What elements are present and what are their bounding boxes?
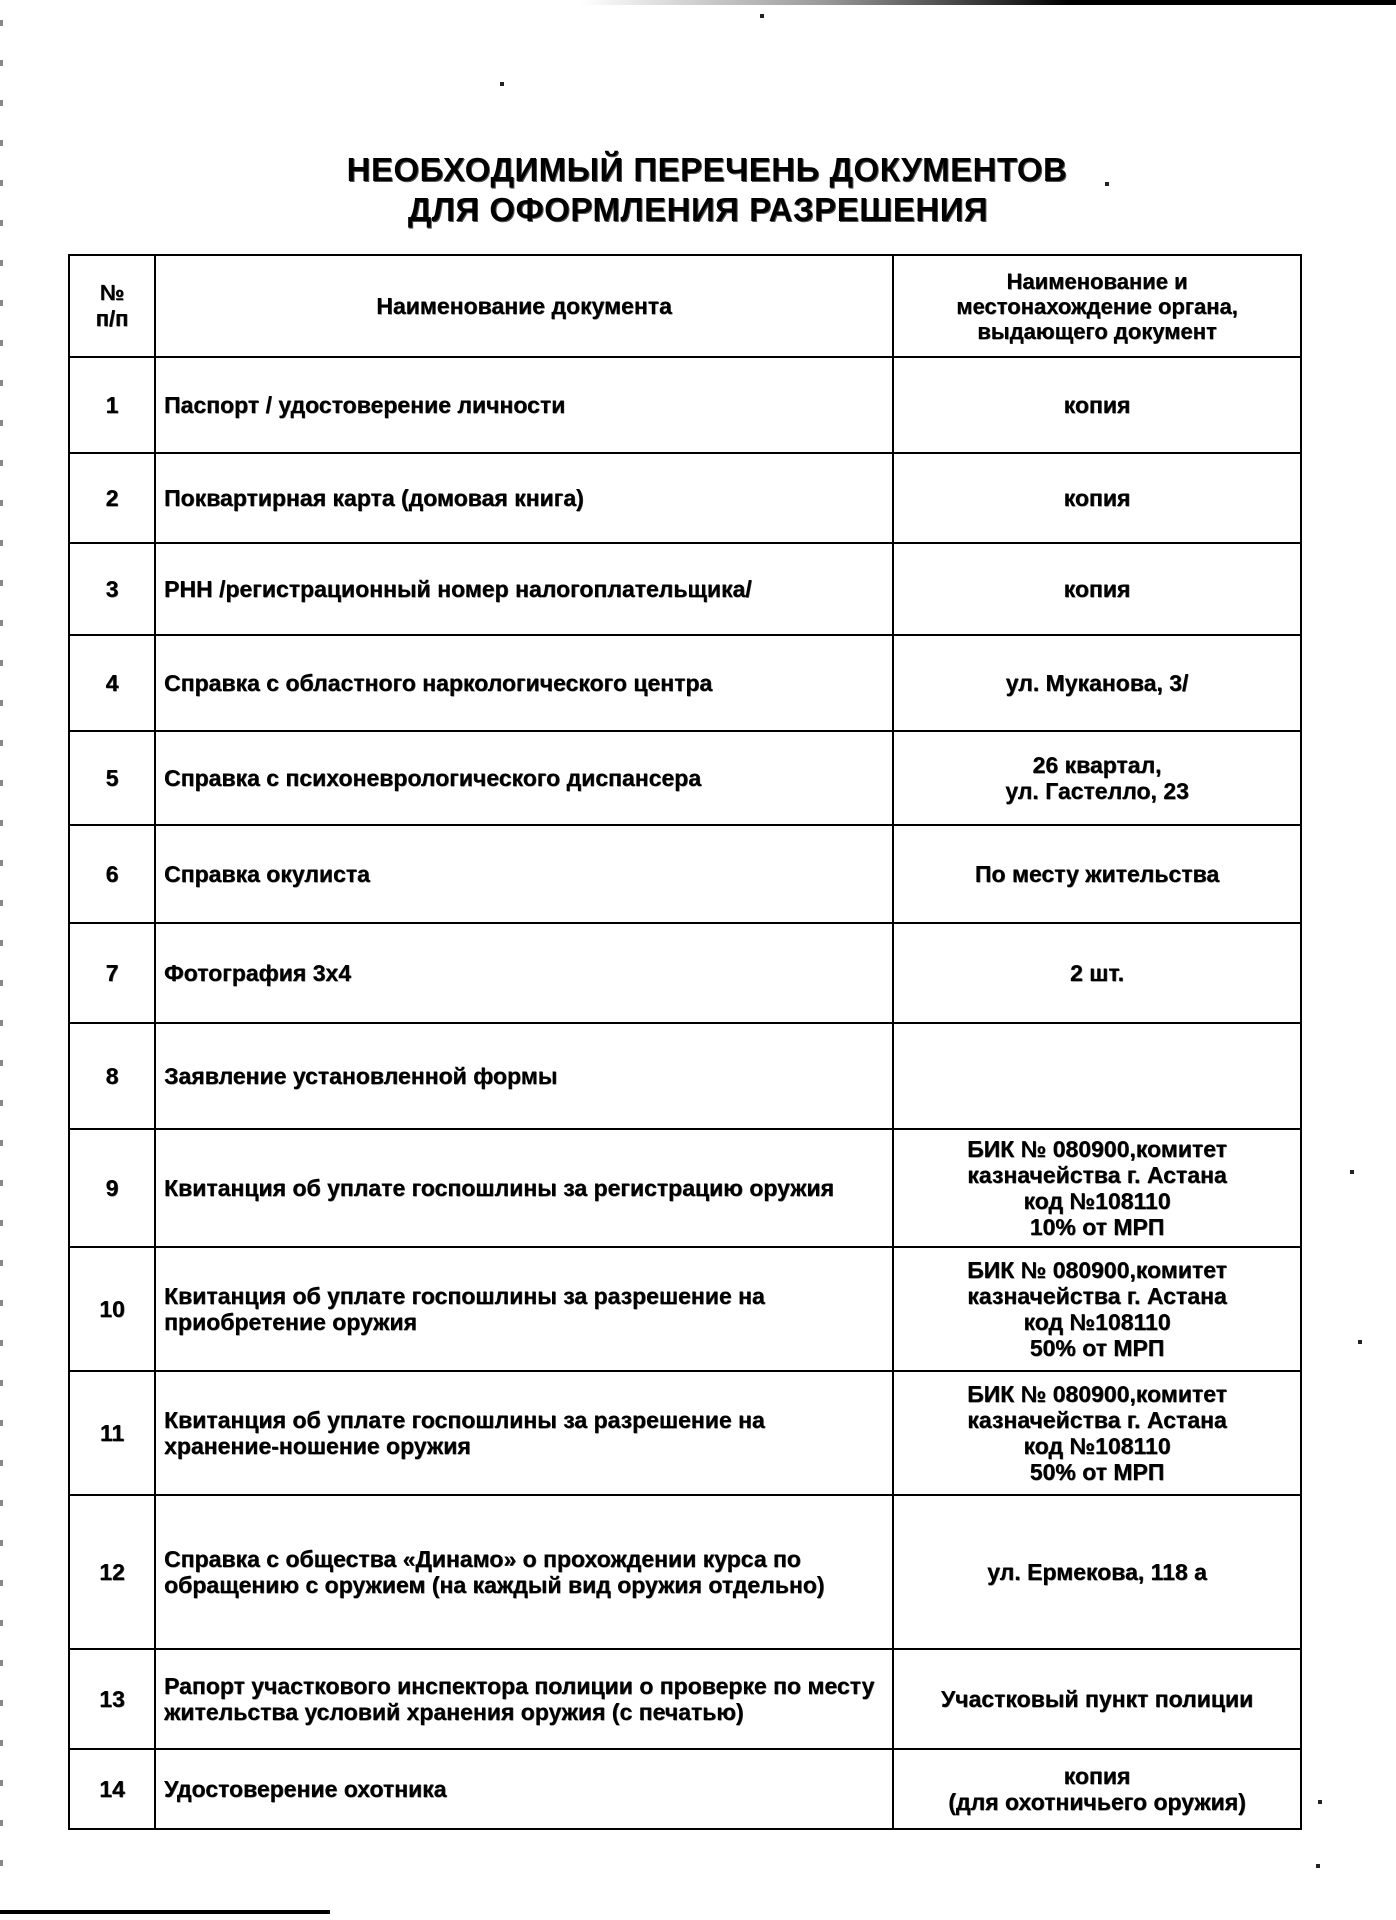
issuing-org-line: БИК № 080900,комитет [902,1257,1292,1283]
issuing-org-line: код №108110 [902,1309,1292,1335]
issuing-org: копия [893,357,1301,453]
scan-speck [1316,1864,1320,1868]
table-row: 2Поквартирная карта (домовая книга)копия [69,453,1301,543]
issuing-org: ул. Ермекова, 118 а [893,1495,1301,1649]
title-line-2: ДЛЯ ОФОРМЛЕНИЯ РАЗРЕШЕНИЯ [0,190,1396,230]
issuing-org-line: копия [902,576,1292,602]
issuing-org-line: ул. Гастелло, 23 [902,778,1292,804]
row-number: 13 [69,1649,155,1749]
issuing-org: 26 квартал,ул. Гастелло, 23 [893,731,1301,825]
header-org-line-3: выдающего документ [977,319,1216,344]
table-row: 8Заявление установленной формы [69,1023,1301,1129]
issuing-org: По месту жительства [893,825,1301,923]
issuing-org-line: копия [902,485,1292,511]
issuing-org: БИК № 080900,комитетказначейства г. Аста… [893,1129,1301,1247]
document-title: НЕОБХОДИМЫЙ ПЕРЕЧЕНЬ ДОКУМЕНТОВ ДЛЯ ОФОР… [0,150,1396,230]
table-row: 13Рапорт участкового инспектора полиции … [69,1649,1301,1749]
row-number: 14 [69,1749,155,1829]
table-row: 3РНН /регистрационный номер налогоплател… [69,543,1301,635]
issuing-org-line: 2 шт. [902,960,1292,986]
document-name: Фотография 3х4 [155,923,893,1023]
table-row: 4Справка с областного наркологического ц… [69,635,1301,731]
row-number: 6 [69,825,155,923]
issuing-org-line: копия [902,1763,1292,1789]
document-name: Справка с областного наркологического це… [155,635,893,731]
table-row: 5Справка с психоневрологического диспанс… [69,731,1301,825]
table-row: 14Удостоверение охотникакопия(для охотни… [69,1749,1301,1829]
issuing-org: копия [893,543,1301,635]
document-name: Квитанция об уплате госпошлины за регист… [155,1129,893,1247]
document-name: Поквартирная карта (домовая книга) [155,453,893,543]
table-row: 1Паспорт / удостоверение личностикопия [69,357,1301,453]
table-row: 11Квитанция об уплате госпошлины за разр… [69,1371,1301,1495]
issuing-org-line: казначейства г. Астана [902,1283,1292,1309]
document-name: Справка с психоневрологического диспансе… [155,731,893,825]
issuing-org-line: код №108110 [902,1433,1292,1459]
issuing-org: копия [893,453,1301,543]
row-number: 7 [69,923,155,1023]
scan-edge-left [0,20,3,1900]
header-org-line-2: местонахождение органа, [956,294,1238,319]
issuing-org-line: БИК № 080900,комитет [902,1136,1292,1162]
row-number: 4 [69,635,155,731]
scan-speck [1318,1800,1322,1804]
document-name: Удостоверение охотника [155,1749,893,1829]
issuing-org-line: 10% от МРП [902,1214,1292,1240]
header-number: № п/п [69,255,155,357]
issuing-org-line: 26 квартал, [902,752,1292,778]
document-name: Квитанция об уплате госпошлины за разреш… [155,1371,893,1495]
scan-speck [1350,1170,1354,1174]
header-issuing-org: Наименование и местонахождение органа, в… [893,255,1301,357]
document-name: Паспорт / удостоверение личности [155,357,893,453]
issuing-org [893,1023,1301,1129]
row-number: 10 [69,1247,155,1371]
documents-table: № п/п Наименование документа Наименовани… [68,254,1302,1830]
issuing-org: БИК № 080900,комитетказначейства г. Аста… [893,1247,1301,1371]
row-number: 1 [69,357,155,453]
header-number-sign: № [100,280,125,305]
issuing-org-line: Участковый пункт полиции [902,1686,1292,1712]
scan-edge-top [580,0,1396,5]
row-number: 3 [69,543,155,635]
document-name: Рапорт участкового инспектора полиции о … [155,1649,893,1749]
scan-speck [1358,1340,1362,1344]
row-number: 12 [69,1495,155,1649]
table-row: 7Фотография 3х42 шт. [69,923,1301,1023]
issuing-org: копия(для охотничьего оружия) [893,1749,1301,1829]
table-row: 12Справка с общества «Динамо» о прохожде… [69,1495,1301,1649]
row-number: 5 [69,731,155,825]
row-number: 9 [69,1129,155,1247]
issuing-org-line: 50% от МРП [902,1459,1292,1485]
issuing-org-line: копия [902,392,1292,418]
issuing-org: БИК № 080900,комитетказначейства г. Аста… [893,1371,1301,1495]
row-number: 11 [69,1371,155,1495]
document-name: РНН /регистрационный номер налогоплатель… [155,543,893,635]
issuing-org-line: 50% от МРП [902,1335,1292,1361]
issuing-org: Участковый пункт полиции [893,1649,1301,1749]
table-body: 1Паспорт / удостоверение личностикопия2П… [69,357,1301,1829]
scan-speck [760,14,764,18]
issuing-org-line: ул. Муканова, 3/ [902,670,1292,696]
row-number: 2 [69,453,155,543]
issuing-org-line: БИК № 080900,комитет [902,1381,1292,1407]
table-row: 6Справка окулистаПо месту жительства [69,825,1301,923]
table-row: 10Квитанция об уплате госпошлины за разр… [69,1247,1301,1371]
issuing-org-line: (для охотничьего оружия) [902,1789,1292,1815]
document-name: Заявление установленной формы [155,1023,893,1129]
table-header-row: № п/п Наименование документа Наименовани… [69,255,1301,357]
document-name: Квитанция об уплате госпошлины за разреш… [155,1247,893,1371]
issuing-org-line: ул. Ермекова, 118 а [902,1559,1292,1585]
issuing-org: ул. Муканова, 3/ [893,635,1301,731]
document-name: Справка окулиста [155,825,893,923]
scan-speck [500,82,504,86]
issuing-org: 2 шт. [893,923,1301,1023]
issuing-org-line: По месту жительства [902,861,1292,887]
issuing-org-line: казначейства г. Астана [902,1407,1292,1433]
header-org-line-1: Наименование и [1006,269,1187,294]
title-line-1: НЕОБХОДИМЫЙ ПЕРЕЧЕНЬ ДОКУМЕНТОВ [0,150,1396,190]
header-document-name: Наименование документа [155,255,893,357]
issuing-org-line: казначейства г. Астана [902,1162,1292,1188]
issuing-org-line: код №108110 [902,1188,1292,1214]
table-row: 9Квитанция об уплате госпошлины за регис… [69,1129,1301,1247]
scan-edge-bottom [0,1910,330,1914]
header-number-abbr: п/п [96,306,129,331]
document-name: Справка с общества «Динамо» о прохождени… [155,1495,893,1649]
row-number: 8 [69,1023,155,1129]
